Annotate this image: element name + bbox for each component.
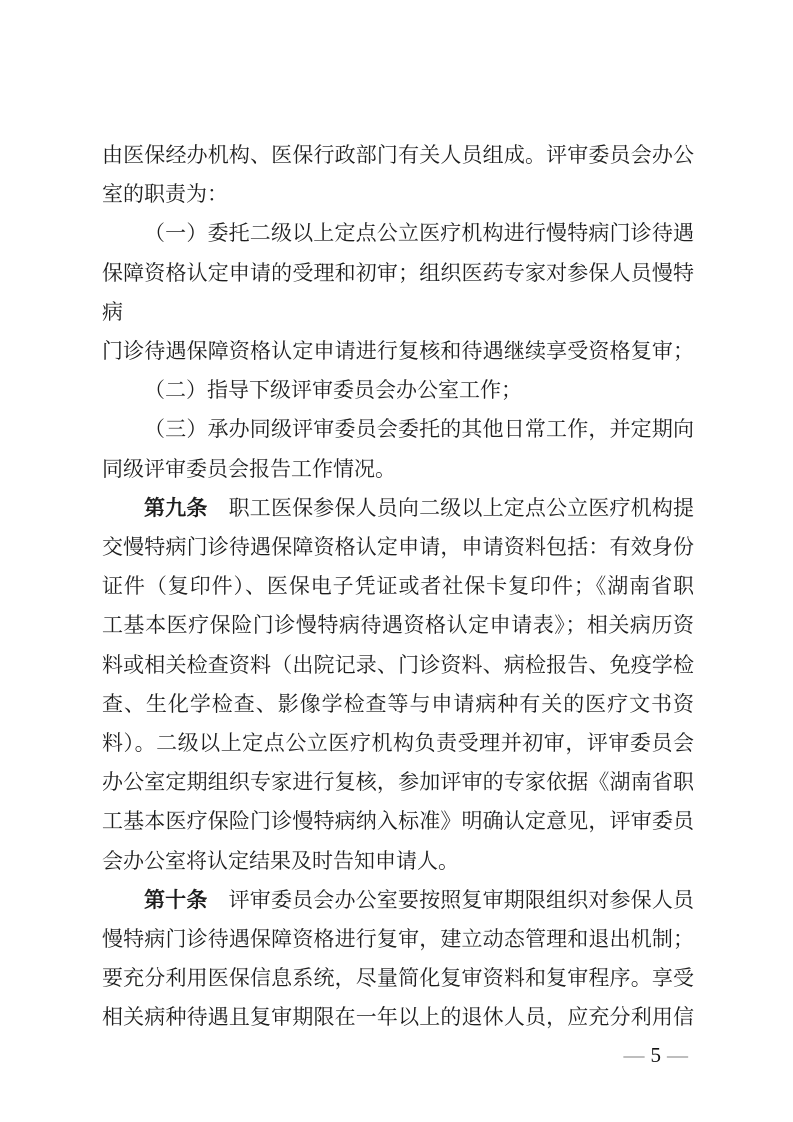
line-text: 职工医保参保人员向二级以上定点公立医疗机构提 [207,496,694,520]
document-line: 交慢特病门诊待遇保障资格认定申请，申请资料包括：有效身份 [102,528,694,567]
document-line: 第九条 职工医保参保人员向二级以上定点公立医疗机构提 [102,489,694,528]
line-text: （一）委托二级以上定点公立医疗机构进行慢特病门诊待遇 [144,221,694,245]
line-text: 评审委员会办公室要按照复审期限组织对参保人员 [207,888,694,912]
document-page: 由医保经办机构、医保行政部门有关人员组成。评审委员会办公 室的职责为： （一）委… [0,0,793,1122]
document-line: 第十条 评审委员会办公室要按照复审期限组织对参保人员 [102,881,694,920]
document-line: 门诊待遇保障资格认定申请进行复核和待遇继续享受资格复审； [102,332,694,371]
document-line: （三）承办同级评审委员会委托的其他日常工作，并定期向 [102,410,694,449]
line-text: 保障资格认定申请的受理和初审；组织医药专家对参保人员慢特病 [102,261,694,324]
document-body: 由医保经办机构、医保行政部门有关人员组成。评审委员会办公 室的职责为： （一）委… [102,136,694,1038]
document-line: （二）指导下级评审委员会办公室工作； [102,371,694,410]
page-number-right-dash: — [667,1043,688,1067]
line-text: 证件（复印件）、医保电子凭证或者社保卡复印件；《湖南省职 [102,574,694,598]
document-line: 料或相关检查资料（出院记录、门诊资料、病检报告、免疫学检 [102,646,694,685]
document-line: 保障资格认定申请的受理和初审；组织医药专家对参保人员慢特病 [102,254,694,332]
page-number-value: 5 [651,1043,662,1067]
line-text: 料或相关检查资料（出院记录、门诊资料、病检报告、免疫学检 [102,653,694,677]
document-line: 室的职责为： [102,175,694,214]
document-line: 会办公室将认定结果及时告知申请人。 [102,842,694,881]
document-line: 工基本医疗保险门诊慢特病待遇资格认定申请表》；相关病历资 [102,606,694,645]
line-text: 交慢特病门诊待遇保障资格认定申请，申请资料包括：有效身份 [102,535,694,559]
line-text: 同级评审委员会报告工作情况。 [102,457,396,481]
line-text: （二）指导下级评审委员会办公室工作； [144,378,522,402]
line-text: 查、生化学检查、影像学检查等与申请病种有关的医疗文书资 [102,692,694,716]
document-line: 由医保经办机构、医保行政部门有关人员组成。评审委员会办公 [102,136,694,175]
document-line: 证件（复印件）、医保电子凭证或者社保卡复印件；《湖南省职 [102,567,694,606]
line-text: 工基本医疗保险门诊慢特病待遇资格认定申请表》；相关病历资 [102,613,694,637]
document-line: 相关病种待遇且复审期限在一年以上的退休人员，应充分利用信 [102,998,694,1037]
line-text: 相关病种待遇且复审期限在一年以上的退休人员，应充分利用信 [102,1005,694,1029]
document-line: （一）委托二级以上定点公立医疗机构进行慢特病门诊待遇 [102,214,694,253]
document-line: 要充分利用医保信息系统，尽量简化复审资料和复审程序。享受 [102,959,694,998]
page-number: —5— [102,1043,694,1067]
document-line: 料）。二级以上定点公立医疗机构负责受理并初审，评审委员会 [102,724,694,763]
document-line: 查、生化学检查、影像学检查等与申请病种有关的医疗文书资 [102,685,694,724]
line-text: 慢特病门诊待遇保障资格进行复审，建立动态管理和退出机制； [102,927,694,951]
document-line: 慢特病门诊待遇保障资格进行复审，建立动态管理和退出机制； [102,920,694,959]
article-number: 第十条 [144,888,207,912]
document-line: 同级评审委员会报告工作情况。 [102,450,694,489]
line-text: 由医保经办机构、医保行政部门有关人员组成。评审委员会办公 [102,143,694,167]
line-text: 要充分利用医保信息系统，尽量简化复审资料和复审程序。享受 [102,966,694,990]
article-number: 第九条 [144,496,207,520]
document-line: 工基本医疗保险门诊慢特病纳入标准》明确认定意见，评审委员 [102,802,694,841]
document-line: 办公室定期组织专家进行复核，参加评审的专家依据《湖南省职 [102,763,694,802]
line-text: 工基本医疗保险门诊慢特病纳入标准》明确认定意见，评审委员 [102,809,694,833]
line-text: 会办公室将认定结果及时告知申请人。 [102,849,459,873]
page-number-left-dash: — [624,1043,645,1067]
line-text: 办公室定期组织专家进行复核，参加评审的专家依据《湖南省职 [102,770,694,794]
line-text: 料）。二级以上定点公立医疗机构负责受理并初审，评审委员会 [102,731,694,755]
line-text: 门诊待遇保障资格认定申请进行复核和待遇继续享受资格复审； [102,339,694,363]
line-text: （三）承办同级评审委员会委托的其他日常工作，并定期向 [144,417,694,441]
line-text: 室的职责为： [102,182,228,206]
